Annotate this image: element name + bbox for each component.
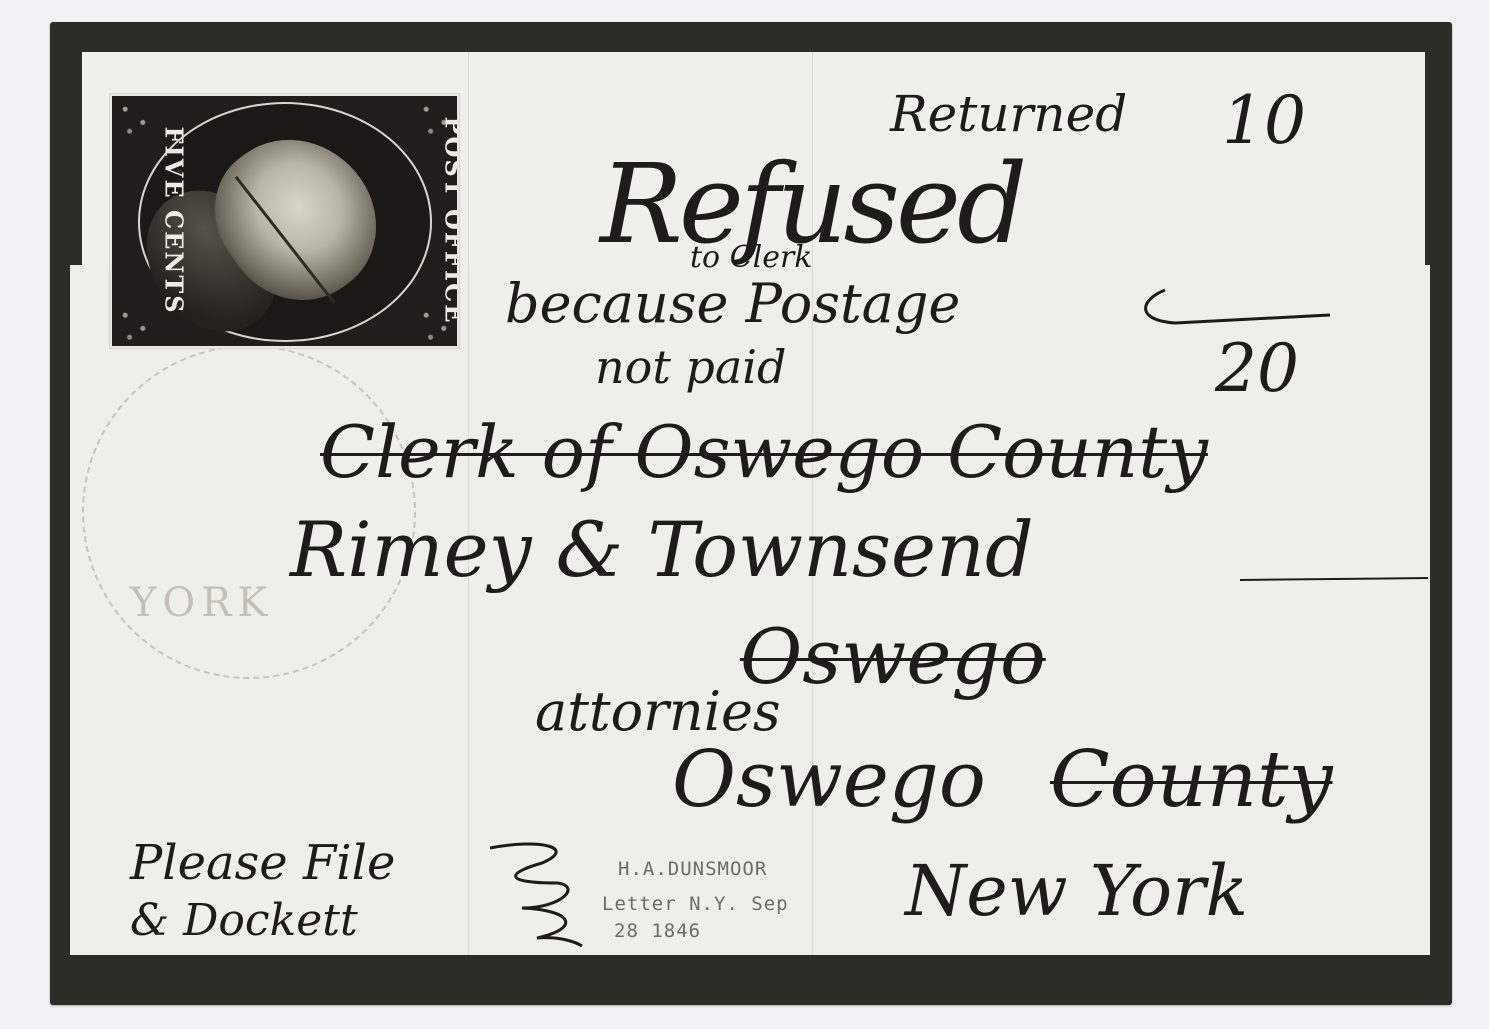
address-city-struck: Oswego: [740, 612, 1046, 701]
returned-note: Returned: [890, 85, 1127, 143]
filing-instruction: & Dockett: [130, 895, 358, 946]
pencil-docket-place: Letter N.Y. Sep: [602, 893, 789, 915]
address-line-struck: Clerk of Oswego County: [320, 410, 1208, 494]
postmark-text: YORK: [130, 580, 273, 626]
fold-line: [468, 52, 469, 955]
because-postage-note: because Postage: [505, 272, 960, 335]
address-city: Oswego: [672, 735, 986, 825]
scribble-flourish: [482, 838, 587, 948]
pencil-docket-date: 28 1846: [614, 920, 701, 942]
not-paid-note: not paid: [595, 340, 786, 394]
underline-stroke: [1240, 570, 1430, 590]
stamp-issuer: POST OFFICE: [440, 116, 459, 324]
stamp-corner-ornament: [112, 96, 156, 140]
address-title: attornies: [535, 680, 781, 743]
clerk-note: to Clerk: [690, 240, 812, 275]
address-addressee: Rimey & Townsend: [290, 505, 1034, 594]
rate-top: 10: [1222, 82, 1306, 159]
stamp-denomination: FIVE CENTS: [160, 126, 189, 314]
address-state: New York: [905, 850, 1248, 932]
address-county-struck: County: [1050, 735, 1333, 825]
postage-stamp: FIVE CENTS POST OFFICE: [110, 94, 459, 348]
pencil-docket-name: H.A.DUNSMOOR: [618, 858, 767, 880]
rate-bottom: 20: [1215, 330, 1299, 407]
stamp-corner-ornament: [112, 302, 156, 346]
flourish-stroke: [1135, 285, 1335, 335]
filing-instruction: Please File: [130, 835, 395, 891]
